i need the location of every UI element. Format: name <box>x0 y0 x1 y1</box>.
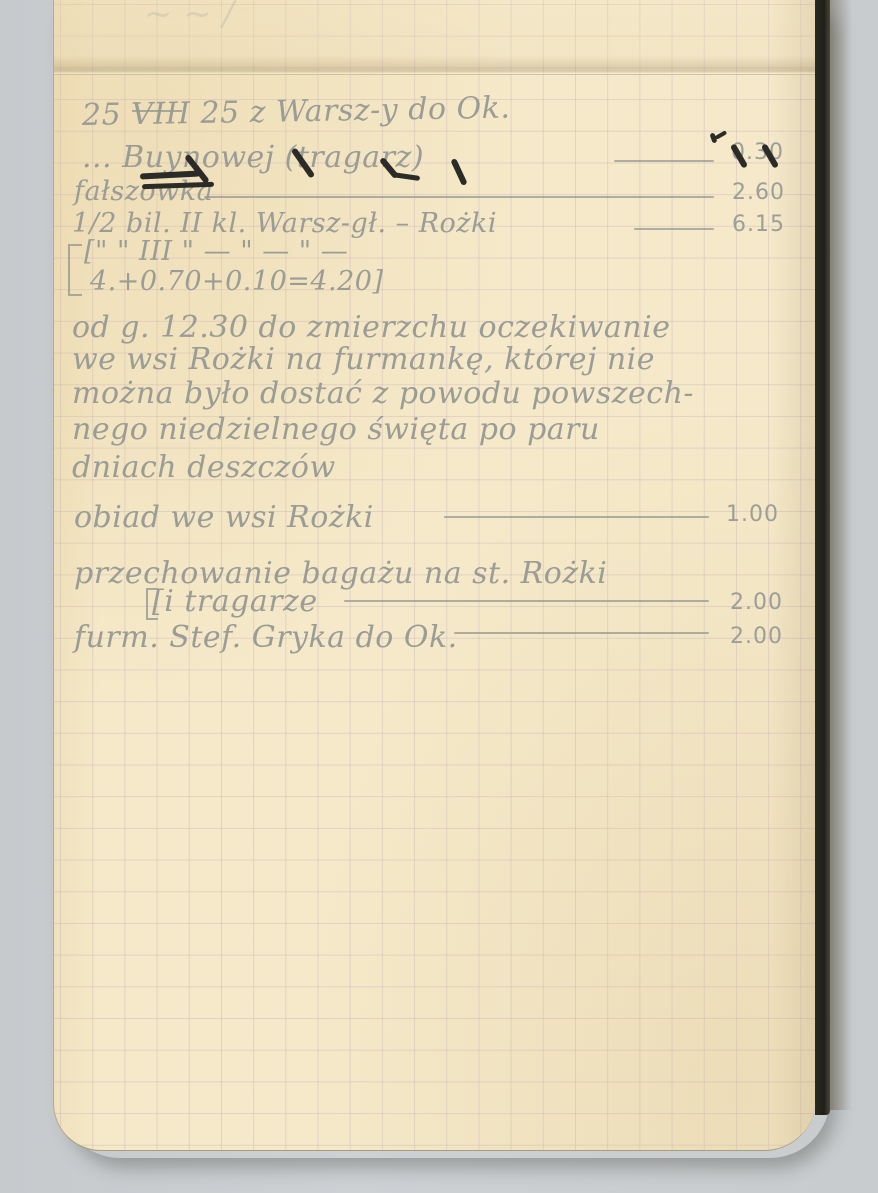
entry-line3: fałszowka <box>74 176 213 207</box>
paragraph-line-1: od g. 12.30 do zmierzchu oczekiwanie <box>72 310 670 345</box>
notebook-binding <box>815 0 830 1115</box>
binding-shadow <box>830 0 852 1110</box>
fold-ghost-writing: ~ ~ / <box>144 0 234 34</box>
amount-line4: 6.15 <box>732 212 785 237</box>
expense-obiad: obiad we wsi Rożki <box>74 500 374 535</box>
leader-line <box>204 196 714 198</box>
leader-line <box>454 632 709 634</box>
leader-line <box>344 600 709 602</box>
entry-line2: ... Buynowej (tragarz) <box>82 140 424 175</box>
entry-line4: 1/2 bil. II kl. Warsz-gł. – Rożki <box>72 208 497 239</box>
page-fold: ~ ~ / <box>54 0 816 75</box>
notebook-page: ~ ~ / ​ 25 VIII 25 z Warsz-y do Ok. ... … <box>53 0 816 1151</box>
leader-line <box>444 516 709 518</box>
entry-line5: [" " III " — " — " — <box>84 236 348 267</box>
paragraph-line-5: dniach deszczów <box>72 450 336 485</box>
expense-tragarze: [i tragarze <box>152 584 318 619</box>
amount-furmanka: 2.00 <box>730 624 783 649</box>
roman-overline <box>132 110 182 112</box>
left-bracket <box>68 244 82 296</box>
paragraph-line-2: we wsi Rożki na furmankę, której nie <box>72 342 655 377</box>
amount-obiad: 1.00 <box>726 502 779 527</box>
amount-line3: 2.60 <box>732 180 785 205</box>
paragraph-line-4: nego niedzielnego święta po paru <box>72 412 600 447</box>
leader-line <box>614 160 714 162</box>
paragraph-line-3: można było dostać z powodu powszech- <box>72 376 694 411</box>
amount-tragarze: 2.00 <box>730 590 783 615</box>
leader-line <box>634 228 714 230</box>
entry-line6: 4.+0.70+0.10=4.20] <box>90 266 384 297</box>
expense-furmanka: furm. Stef. Gryka do Ok. <box>74 620 458 655</box>
